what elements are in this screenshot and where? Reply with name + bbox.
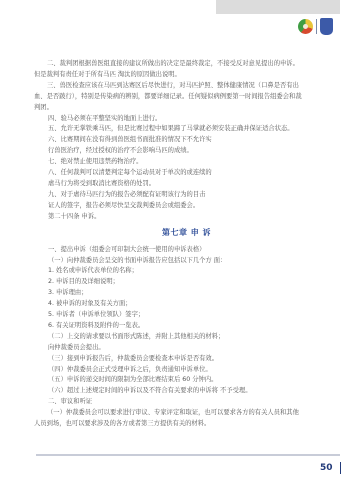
page-number-bar xyxy=(340,462,341,474)
page-number: 50 xyxy=(320,463,333,473)
paragraph-line: （三）接到申诉报告后，仲裁委员会要检查本申诉是否有效。 xyxy=(34,354,339,365)
section-appeals: 一、提出申诉（组委会可印制大会统一使用的申诉表格）（一）向仲裁委员会呈交的书面申… xyxy=(34,245,339,430)
paragraph-line: 2. 申诉目的及详细说明； xyxy=(34,277,339,288)
paragraph-line: 但是裁判有责任对于所有马匹 淘汰的原因做出说明。 xyxy=(34,70,339,81)
association-shield-icon xyxy=(320,18,333,35)
paragraph-line: 5. 申诉者（申诉单位领队）签字； xyxy=(34,310,339,321)
paragraph-line: 判团。 xyxy=(34,103,339,114)
footer-rule xyxy=(36,454,340,456)
paragraph-line: 血、是否跛行），特别是传染病的辨别，都要详细记录。任何疑似病例要第一时间报告组委… xyxy=(34,92,339,103)
paragraph-line: 行兽医治疗，经过授权的治疗不会影响马匹的成绩。 xyxy=(34,146,339,157)
paragraph-line: 四、验马必须在平整坚实的地面上进行。 xyxy=(34,114,339,125)
paragraph-line: （二）上交的请求要以书面形式陈述，并附上其他相关的材料； xyxy=(34,332,339,343)
logo-divider xyxy=(316,19,317,34)
paragraph-line: 向仲裁委员会提出。 xyxy=(34,343,339,354)
paragraph-line: 二、审议和听证 xyxy=(34,397,339,408)
paragraph-line: 五、允许无掌铁乘马匹，但是比赛过程中如果蹄了马掌就必须安装正确并保证适合状态。 xyxy=(34,124,339,135)
paragraph-line: 七、绝对禁止使用违禁药物治疗。 xyxy=(34,157,339,168)
paragraph-line: 6. 有关证明资料及附件的一览表。 xyxy=(34,321,339,332)
paragraph-line: 3. 申诉理由； xyxy=(34,288,339,299)
document-body: 二、裁判团根据兽医组直接的建议所做出的决定是最终裁定，不接受反对意见提出的申诉。… xyxy=(34,59,339,430)
paragraph-line: （六）超过上述规定时间的申诉以及不符合有关要求的申诉将 不予受理。 xyxy=(34,386,339,397)
header-logos xyxy=(298,17,333,35)
paragraph-line: 第二十四条 申诉。 xyxy=(34,212,339,223)
paragraph-line: 一、提出申诉（组委会可印制大会统一使用的申诉表格） xyxy=(34,245,339,256)
paragraph-line: 六、比赛期间在没有得到兽医组书面批准的情况下不允许实 xyxy=(34,135,339,146)
paragraph-line: 二、裁判团根据兽医组直接的建议所做出的决定是最终裁定，不接受反对意见提出的申诉。 xyxy=(34,59,339,70)
competition-logo-icon xyxy=(298,19,313,34)
paragraph-line: 证人的签字，报告必须尽快呈交裁判委员会或组委会。 xyxy=(34,201,339,212)
paragraph-line: 4. 被申诉的对象及有关方面； xyxy=(34,299,339,310)
section-veterinary-rules: 二、裁判团根据兽医组直接的建议所做出的决定是最终裁定，不接受反对意见提出的申诉。… xyxy=(34,59,339,223)
paragraph-line: 三、兽医检查应该在马匹到达赛区后尽快进行，对马匹护照、整体健康情况（口鼻是否有出 xyxy=(34,81,339,92)
paragraph-line: 虐马行为将受到取消比赛资格的处罚。 xyxy=(34,179,339,190)
paragraph-line: （一）仲裁委员会可以要求进行审议、专家评定和取证，也可以要求各方的有关人员和其他 xyxy=(34,408,339,419)
paragraph-line: （一）向仲裁委员会呈交的书面申诉报告应包括以下几个方 面： xyxy=(34,256,339,267)
paragraph-line: 九、对于虐待马匹行为的报告必须配有证明该行为的目击 xyxy=(34,190,339,201)
paragraph-line: 八、任何裁判可以清楚判定每个运动员对于单次的或连续的 xyxy=(34,168,339,179)
paragraph-line: （四）仲裁委员会正式受理申诉之后，负责通知申诉单位。 xyxy=(34,365,339,376)
paragraph-line: 人员到场，也可以要求涉及的各方或者第三方提供有关的材料。 xyxy=(34,419,339,430)
paragraph-line: 1. 姓名或申诉代表单位的名称； xyxy=(34,266,339,277)
header-bar xyxy=(216,0,340,14)
paragraph-line: （五）申诉的递交时间的限制为全部比赛结束后 60 分钟内。 xyxy=(34,375,339,386)
chapter-title: 第七章 申 诉 xyxy=(34,227,339,239)
